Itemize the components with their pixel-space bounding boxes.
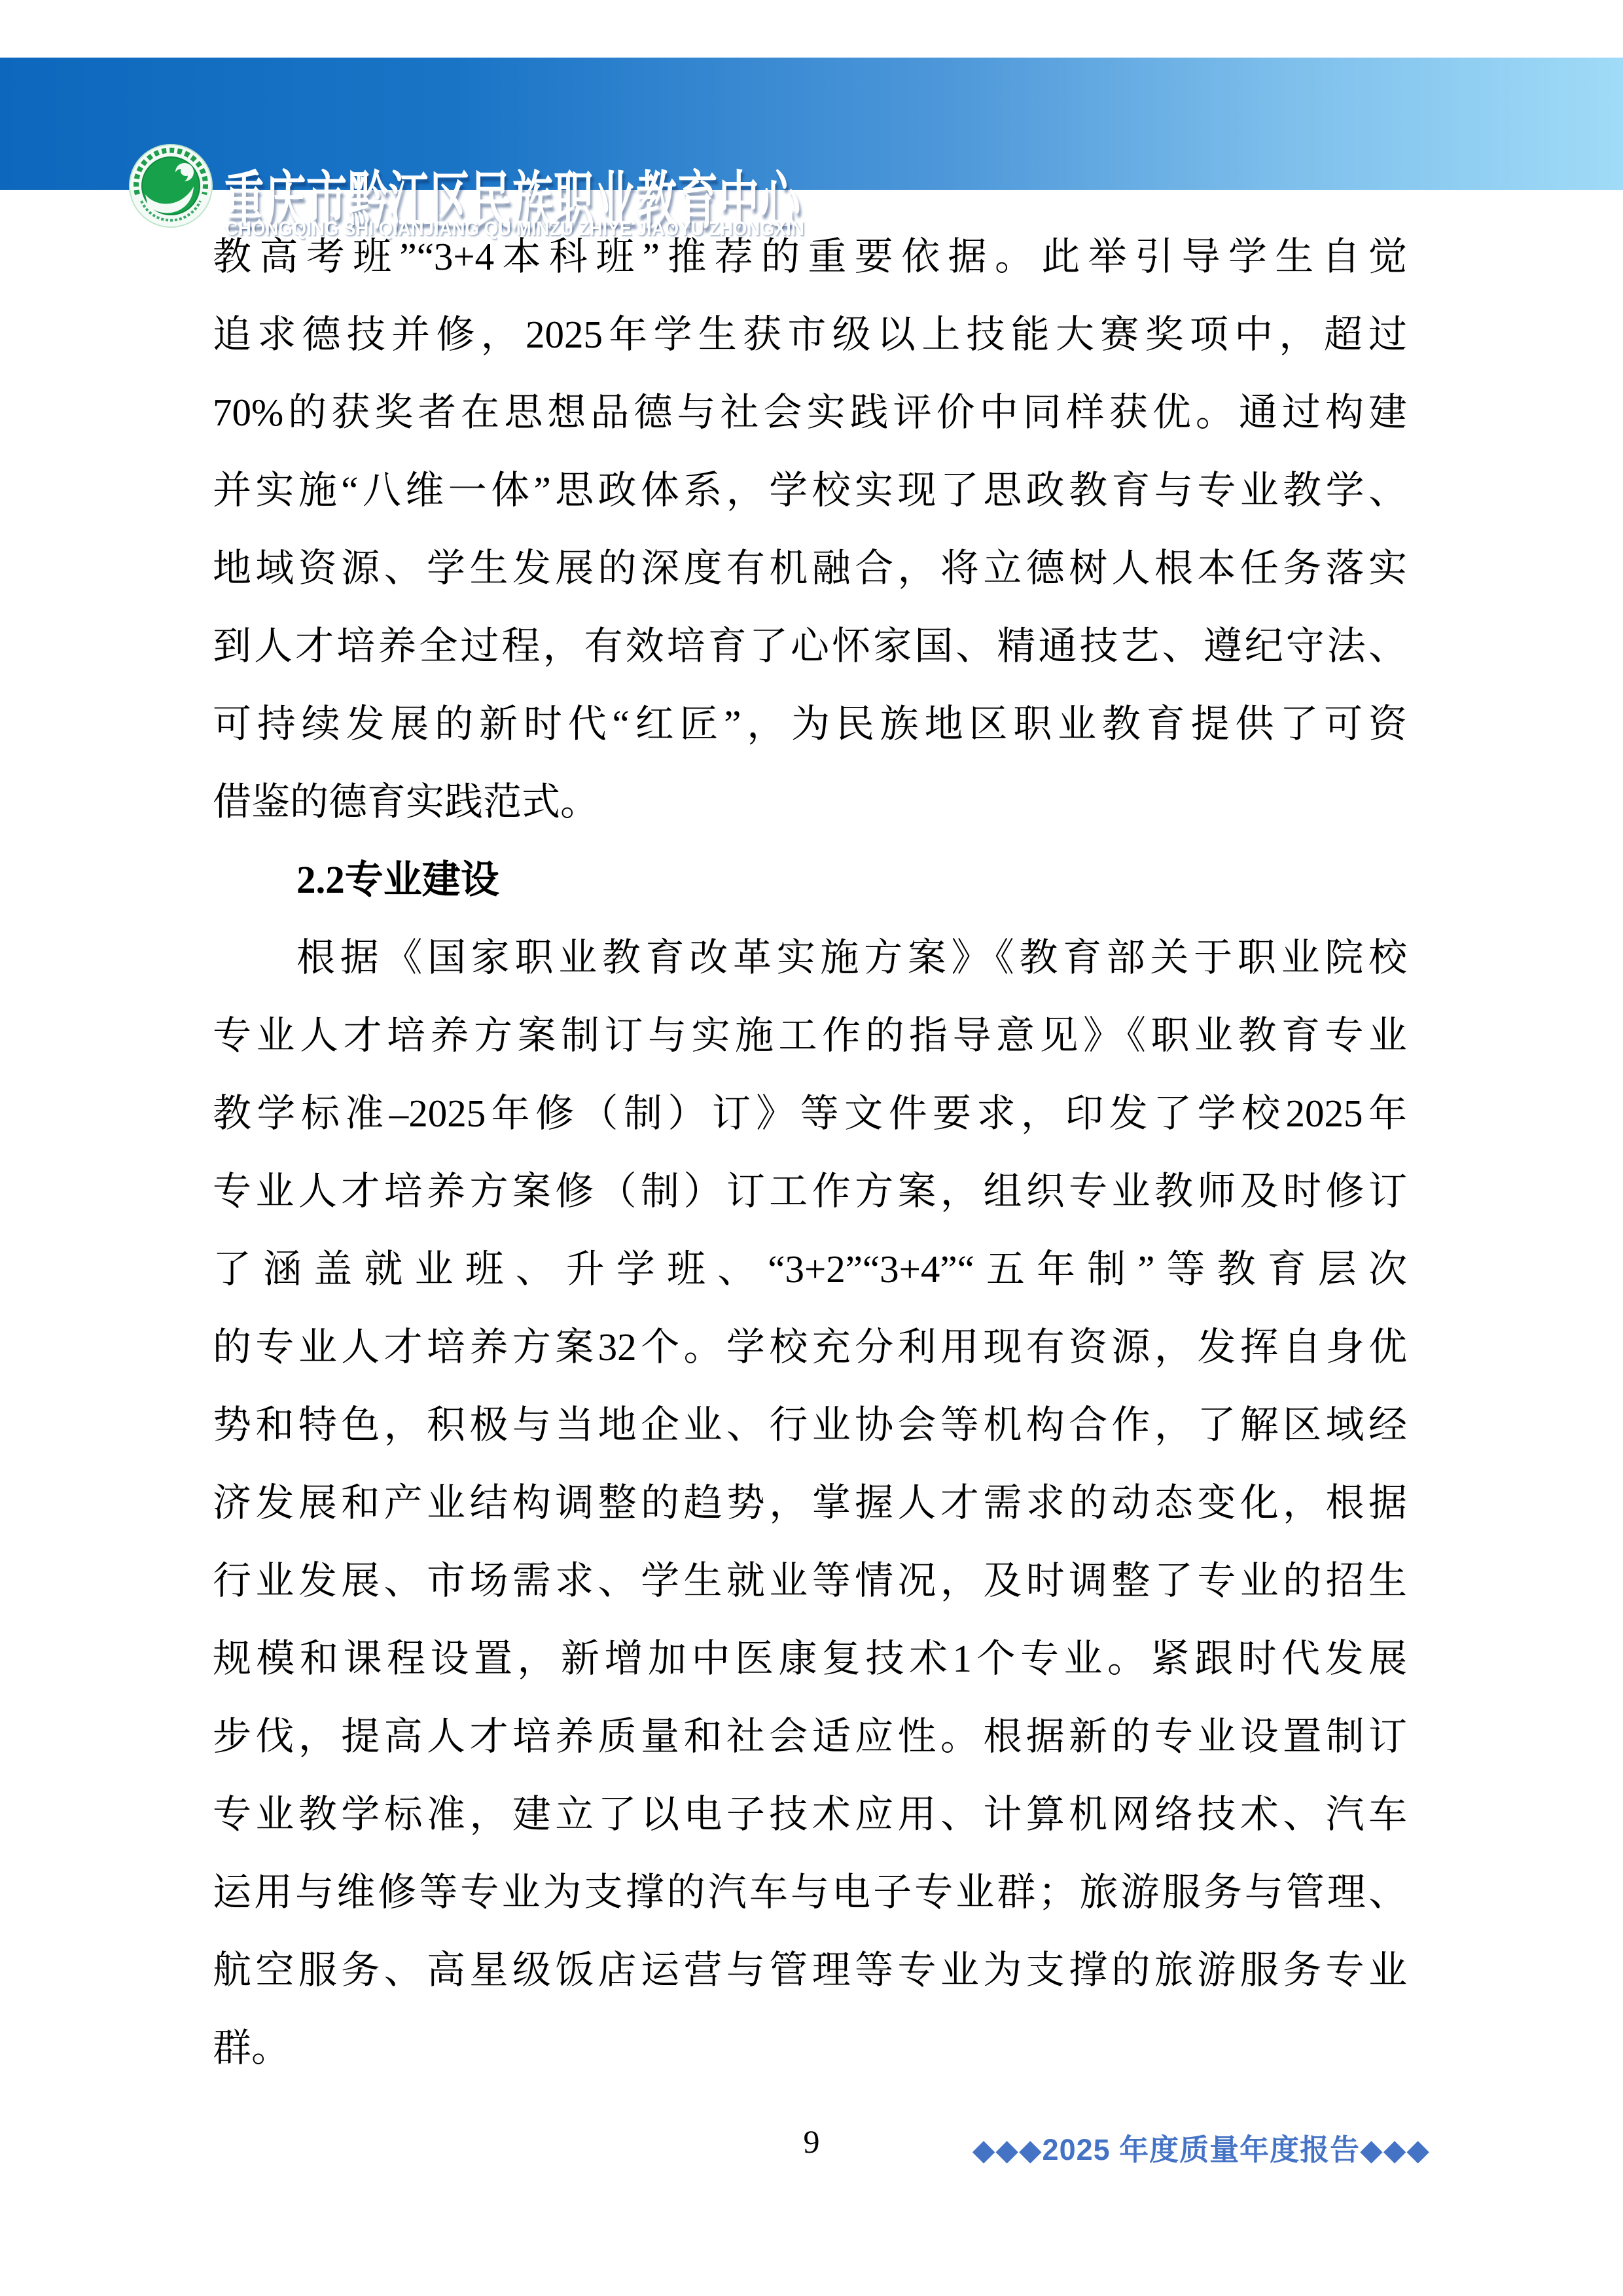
section-heading: 2.2专业建设 — [213, 841, 1407, 919]
body-line: 航空服务、高星级饭店运营与管理等专业为支撑的旅游服务专业 — [213, 1931, 1407, 2009]
body-line: 地域资源、学生发展的深度有机融合，将立德树人根本任务落实 — [213, 529, 1407, 607]
body-line: 可持续发展的新时代“红匠”，为民族地区职业教育提供了可资 — [213, 685, 1407, 763]
body-line: 并实施“八维一体”思政体系，学校实现了思政教育与专业教学、 — [213, 452, 1407, 529]
body-line: 专业教学标准，建立了以电子技术应用、计算机网络技术、汽车 — [213, 1776, 1407, 1854]
body-line: 的专业人才培养方案32个。学校充分利用现有资源，发挥自身优 — [213, 1308, 1407, 1386]
body-line: 专业人才培养方案制订与实施工作的指导意见》《职业教育专业 — [213, 997, 1407, 1075]
body-line: 根据《国家职业教育改革实施方案》《教育部关于职业院校 — [213, 919, 1407, 997]
body-line: 教学标准–2025年修（制）订》等文件要求，印发了学校2025年 — [213, 1075, 1407, 1153]
document-page: { "header": { "school_name_zh": "重庆市黔江区民… — [0, 0, 1623, 2296]
body-line: 借鉴的德育实践范式。 — [213, 763, 1407, 841]
body-line: 运用与维修等专业为支撑的汽车与电子专业群；旅游服务与管理、 — [213, 1854, 1407, 1931]
body-line: 到人才培养全过程，有效培育了心怀家国、精通技艺、遵纪守法、 — [213, 607, 1407, 685]
body-line: 规模和课程设置，新增加中医康复技术1个专业。紧跟时代发展 — [213, 1620, 1407, 1698]
body-line: 专业人才培养方案修（制）订工作方案，组织专业教师及时修订 — [213, 1153, 1407, 1230]
school-logo-icon — [128, 143, 213, 228]
body-line: 教高考班”“3+4本科班”推荐的重要依据。此举引导学生自觉 — [213, 218, 1407, 296]
body-line: 追求德技并修，2025年学生获市级以上技能大赛奖项中，超过 — [213, 296, 1407, 374]
body-line: 济发展和产业结构调整的趋势，掌握人才需求的动态变化，根据 — [213, 1464, 1407, 1542]
body-line: 步伐，提高人才培养质量和社会适应性。根据新的专业设置制订 — [213, 1698, 1407, 1776]
body-line: 势和特色，积极与当地企业、行业协会等机构合作，了解区域经 — [213, 1386, 1407, 1464]
body-line: 了涵盖就业班、升学班、“3+2”“3+4”“五年制”等教育层次 — [213, 1230, 1407, 1308]
body-line: 群。 — [213, 2009, 1407, 2087]
footer-report-label: ◆◆◆2025 年度质量年度报告◆◆◆ — [972, 2126, 1430, 2168]
body-line: 70%的获奖者在思想品德与社会实践评价中同样获优。通过构建 — [213, 374, 1407, 452]
body-line: 行业发展、市场需求、学生就业等情况，及时调整了专业的招生 — [213, 1542, 1407, 1620]
document-body: 教高考班”“3+4本科班”推荐的重要依据。此举引导学生自觉 追求德技并修，202… — [213, 218, 1407, 2087]
header-banner: 重庆市黔江区民族职业教育中心 CHONGQING SHI QIANJIANG Q… — [0, 58, 1623, 190]
